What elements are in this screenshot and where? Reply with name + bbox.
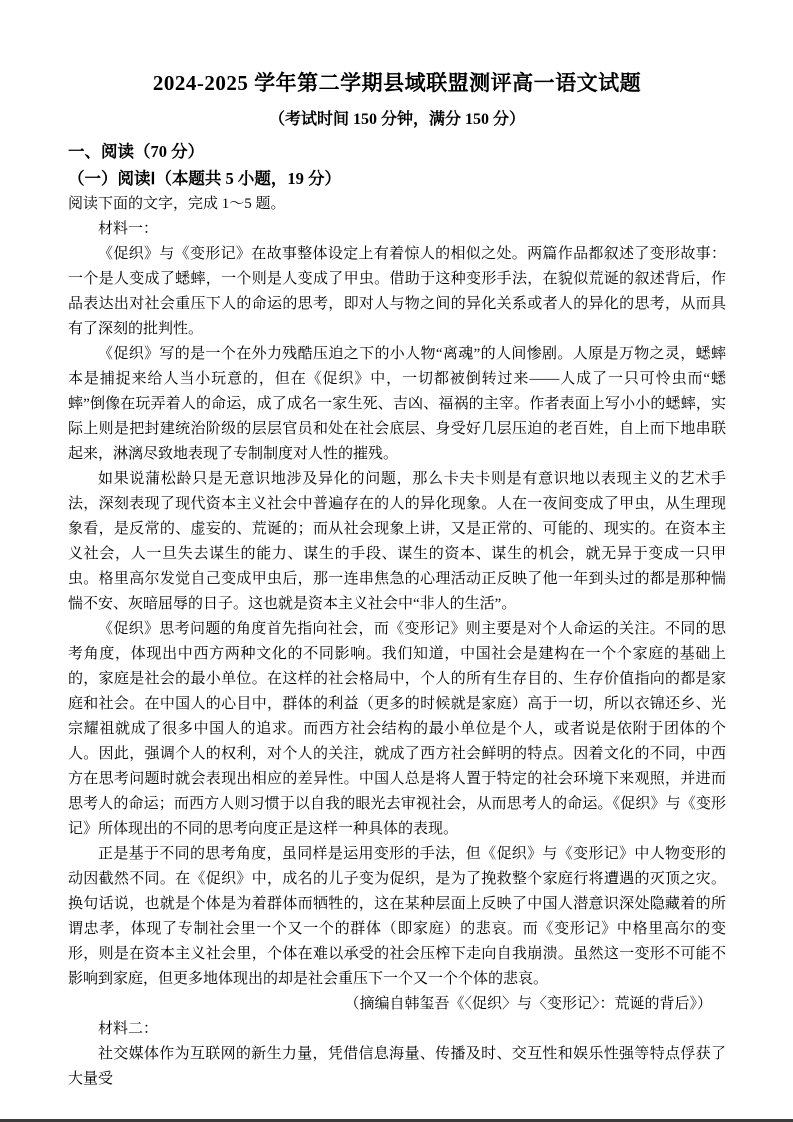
exam-paper-page: 2024-2025 学年第二学期县域联盟测评高一语文试题 （考试时间 150 分… [0, 0, 793, 1122]
material-1-label: 材料一： [68, 217, 726, 242]
exam-title: 2024-2025 学年第二学期县域联盟测评高一语文试题 [68, 70, 726, 97]
material-1-paragraph: 《促织》思考问题的角度首先指向社会，而《变形记》则主要是对个人命运的关注。不同的… [68, 617, 726, 842]
material-2-paragraph: 社交媒体作为互联网的新生力量，凭借信息海量、传播及时、交互性和娱乐性强等特点俘获… [68, 1042, 726, 1092]
material-1-attribution: （摘编自韩玺吾《〈促织〉与〈变形记〉：荒诞的背后》） [68, 992, 726, 1017]
material-1-paragraph: 《促织》与《变形记》在故事整体设定上有着惊人的相似之处。两篇作品都叙述了变形故事… [68, 242, 726, 342]
material-2-label: 材料二： [68, 1017, 726, 1042]
section-heading-reading: 一、阅读（70 分） [68, 138, 726, 165]
subsection-heading-reading-1: （一）阅读Ⅰ（本题共 5 小题，19 分） [68, 165, 726, 192]
material-1-paragraph: 如果说蒲松龄只是无意识地涉及异化的问题，那么卡夫卡则是有意识地以表现主义的艺术手… [68, 467, 726, 617]
material-1-paragraph: 正是基于不同的思考角度，虽同样是运用变形的手法，但《促织》与《变形记》中人物变形… [68, 842, 726, 992]
reading-instruction: 阅读下面的文字，完成 1～5 题。 [68, 192, 726, 217]
exam-time-score-note: （考试时间 150 分钟，满分 150 分） [68, 109, 726, 131]
page-content: 2024-2025 学年第二学期县域联盟测评高一语文试题 （考试时间 150 分… [0, 0, 793, 1092]
material-1-paragraph: 《促织》写的是一个在外力残酷压迫之下的小人物“离魂”的人间惨剧。人原是万物之灵，… [68, 342, 726, 467]
